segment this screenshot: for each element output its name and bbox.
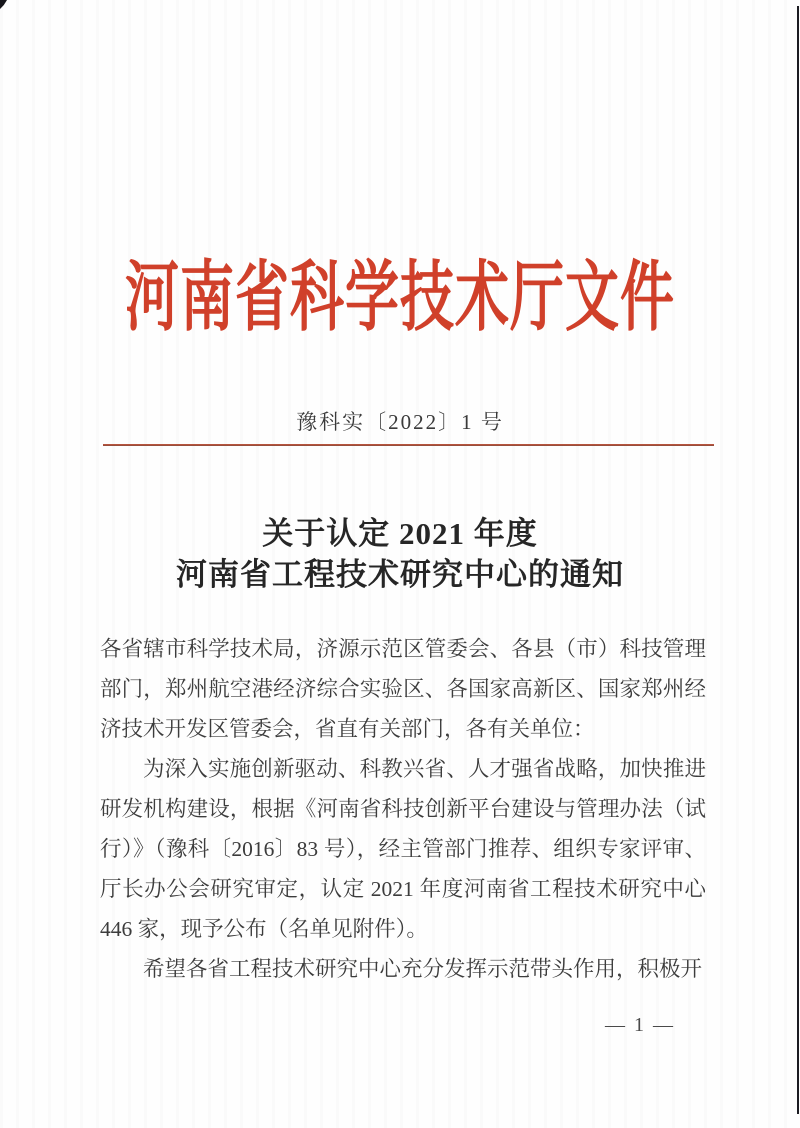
document-title-line-1: 关于认定 2021 年度 xyxy=(0,513,800,554)
red-separator-line xyxy=(103,444,714,446)
body-paragraph-salutation: 各省辖市科学技术局，济源示范区管委会、各县（市）科技管理部门，郑州航空港经济综合… xyxy=(100,629,706,749)
document-body: 各省辖市科学技术局，济源示范区管委会、各县（市）科技管理部门，郑州航空港经济综合… xyxy=(100,629,706,989)
body-paragraph-main: 为深入实施创新驱动、科教兴省、人才强省战略，加快推进研发机构建设，根据《河南省科… xyxy=(100,749,706,949)
document-title: 关于认定 2021 年度 河南省工程技术研究中心的通知 xyxy=(0,513,800,595)
scanned-document-page: 河南省科学技术厅文件 豫科实〔2022〕1 号 关于认定 2021 年度 河南省… xyxy=(0,0,800,1128)
document-title-line-2: 河南省工程技术研究中心的通知 xyxy=(0,554,800,595)
document-header-title: 河南省科学技术厅文件 xyxy=(0,241,800,355)
scan-corner-artifact xyxy=(0,0,7,9)
page-number: — 1 — xyxy=(560,1014,720,1037)
document-number: 豫科实〔2022〕1 号 xyxy=(0,406,800,436)
body-paragraph-closing: 希望各省工程技术研究中心充分发挥示范带头作用，积极开 xyxy=(100,949,706,989)
